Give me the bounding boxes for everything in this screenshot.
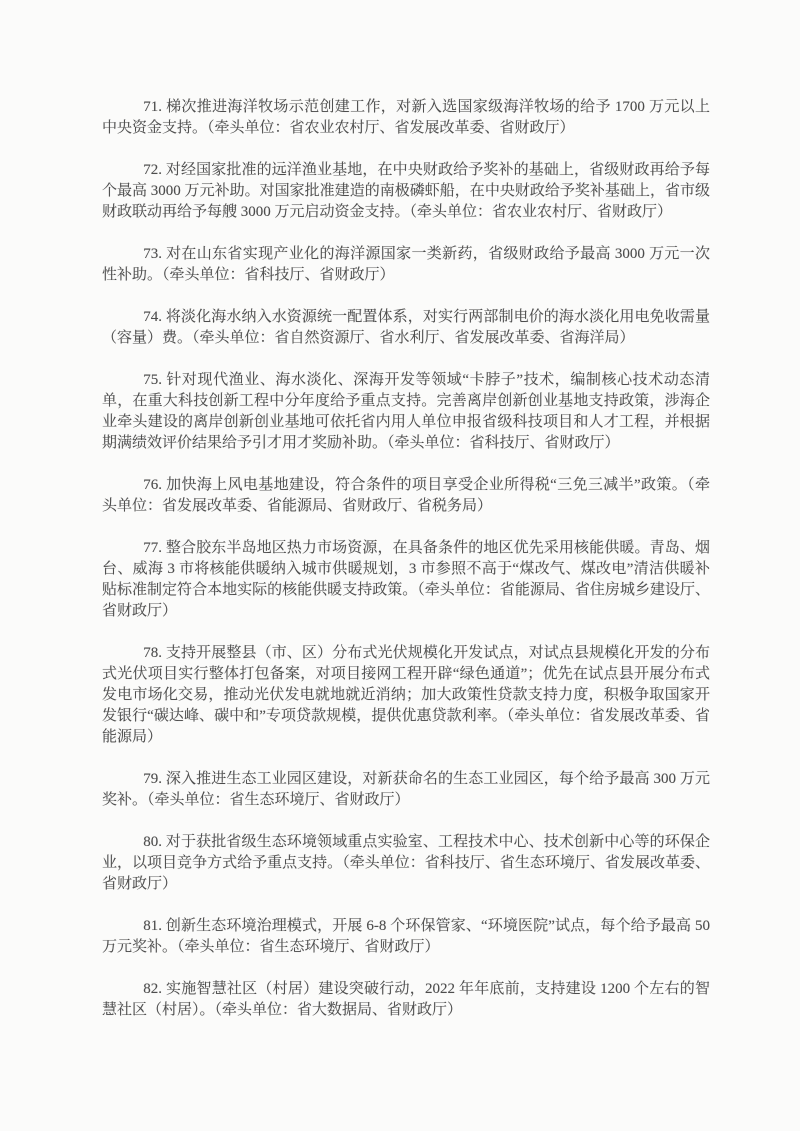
document-page: 71. 梯次推进海洋牧场示范创建工作，对新入选国家级海洋牧场的给予 1700 万…: [0, 0, 800, 1131]
policy-item-73: 73. 对在山东省实现产业化的海洋源国家一类新药，省级财政给予最高 3000 万…: [102, 244, 710, 286]
policy-list: 71. 梯次推进海洋牧场示范创建工作，对新入选国家级海洋牧场的给予 1700 万…: [102, 97, 710, 1021]
policy-item-74: 74. 将淡化海水纳入水资源统一配置体系，对实行两部制电价的海水淡化用电免收需量…: [102, 307, 710, 349]
policy-item-78: 78. 支持开展整县（市、区）分布式光伏规模化开发试点，对试点县规模化开发的分布…: [102, 643, 710, 748]
policy-item-80: 80. 对于获批省级生态环境领域重点实验室、工程技术中心、技术创新中心等的环保企…: [102, 832, 710, 895]
policy-item-76: 76. 加快海上风电基地建设，符合条件的项目享受企业所得税“三免三减半”政策。（…: [102, 475, 710, 517]
policy-item-75: 75. 针对现代渔业、海水淡化、深海开发等领域“卡脖子”技术，编制核心技术动态清…: [102, 370, 710, 454]
policy-item-77: 77. 整合胶东半岛地区热力市场资源，在具备条件的地区优先采用核能供暖。青岛、烟…: [102, 538, 710, 622]
policy-item-81: 81. 创新生态环境治理模式，开展 6-8 个环保管家、“环境医院”试点，每个给…: [102, 916, 710, 958]
policy-item-72: 72. 对经国家批准的远洋渔业基地，在中央财政给予奖补的基础上，省级财政再给予每…: [102, 160, 710, 223]
policy-item-79: 79. 深入推进生态工业园区建设，对新获命名的生态工业园区，每个给予最高 300…: [102, 769, 710, 811]
policy-item-71: 71. 梯次推进海洋牧场示范创建工作，对新入选国家级海洋牧场的给予 1700 万…: [102, 97, 710, 139]
policy-item-82: 82. 实施智慧社区（村居）建设突破行动，2022 年年底前，支持建设 1200…: [102, 979, 710, 1021]
